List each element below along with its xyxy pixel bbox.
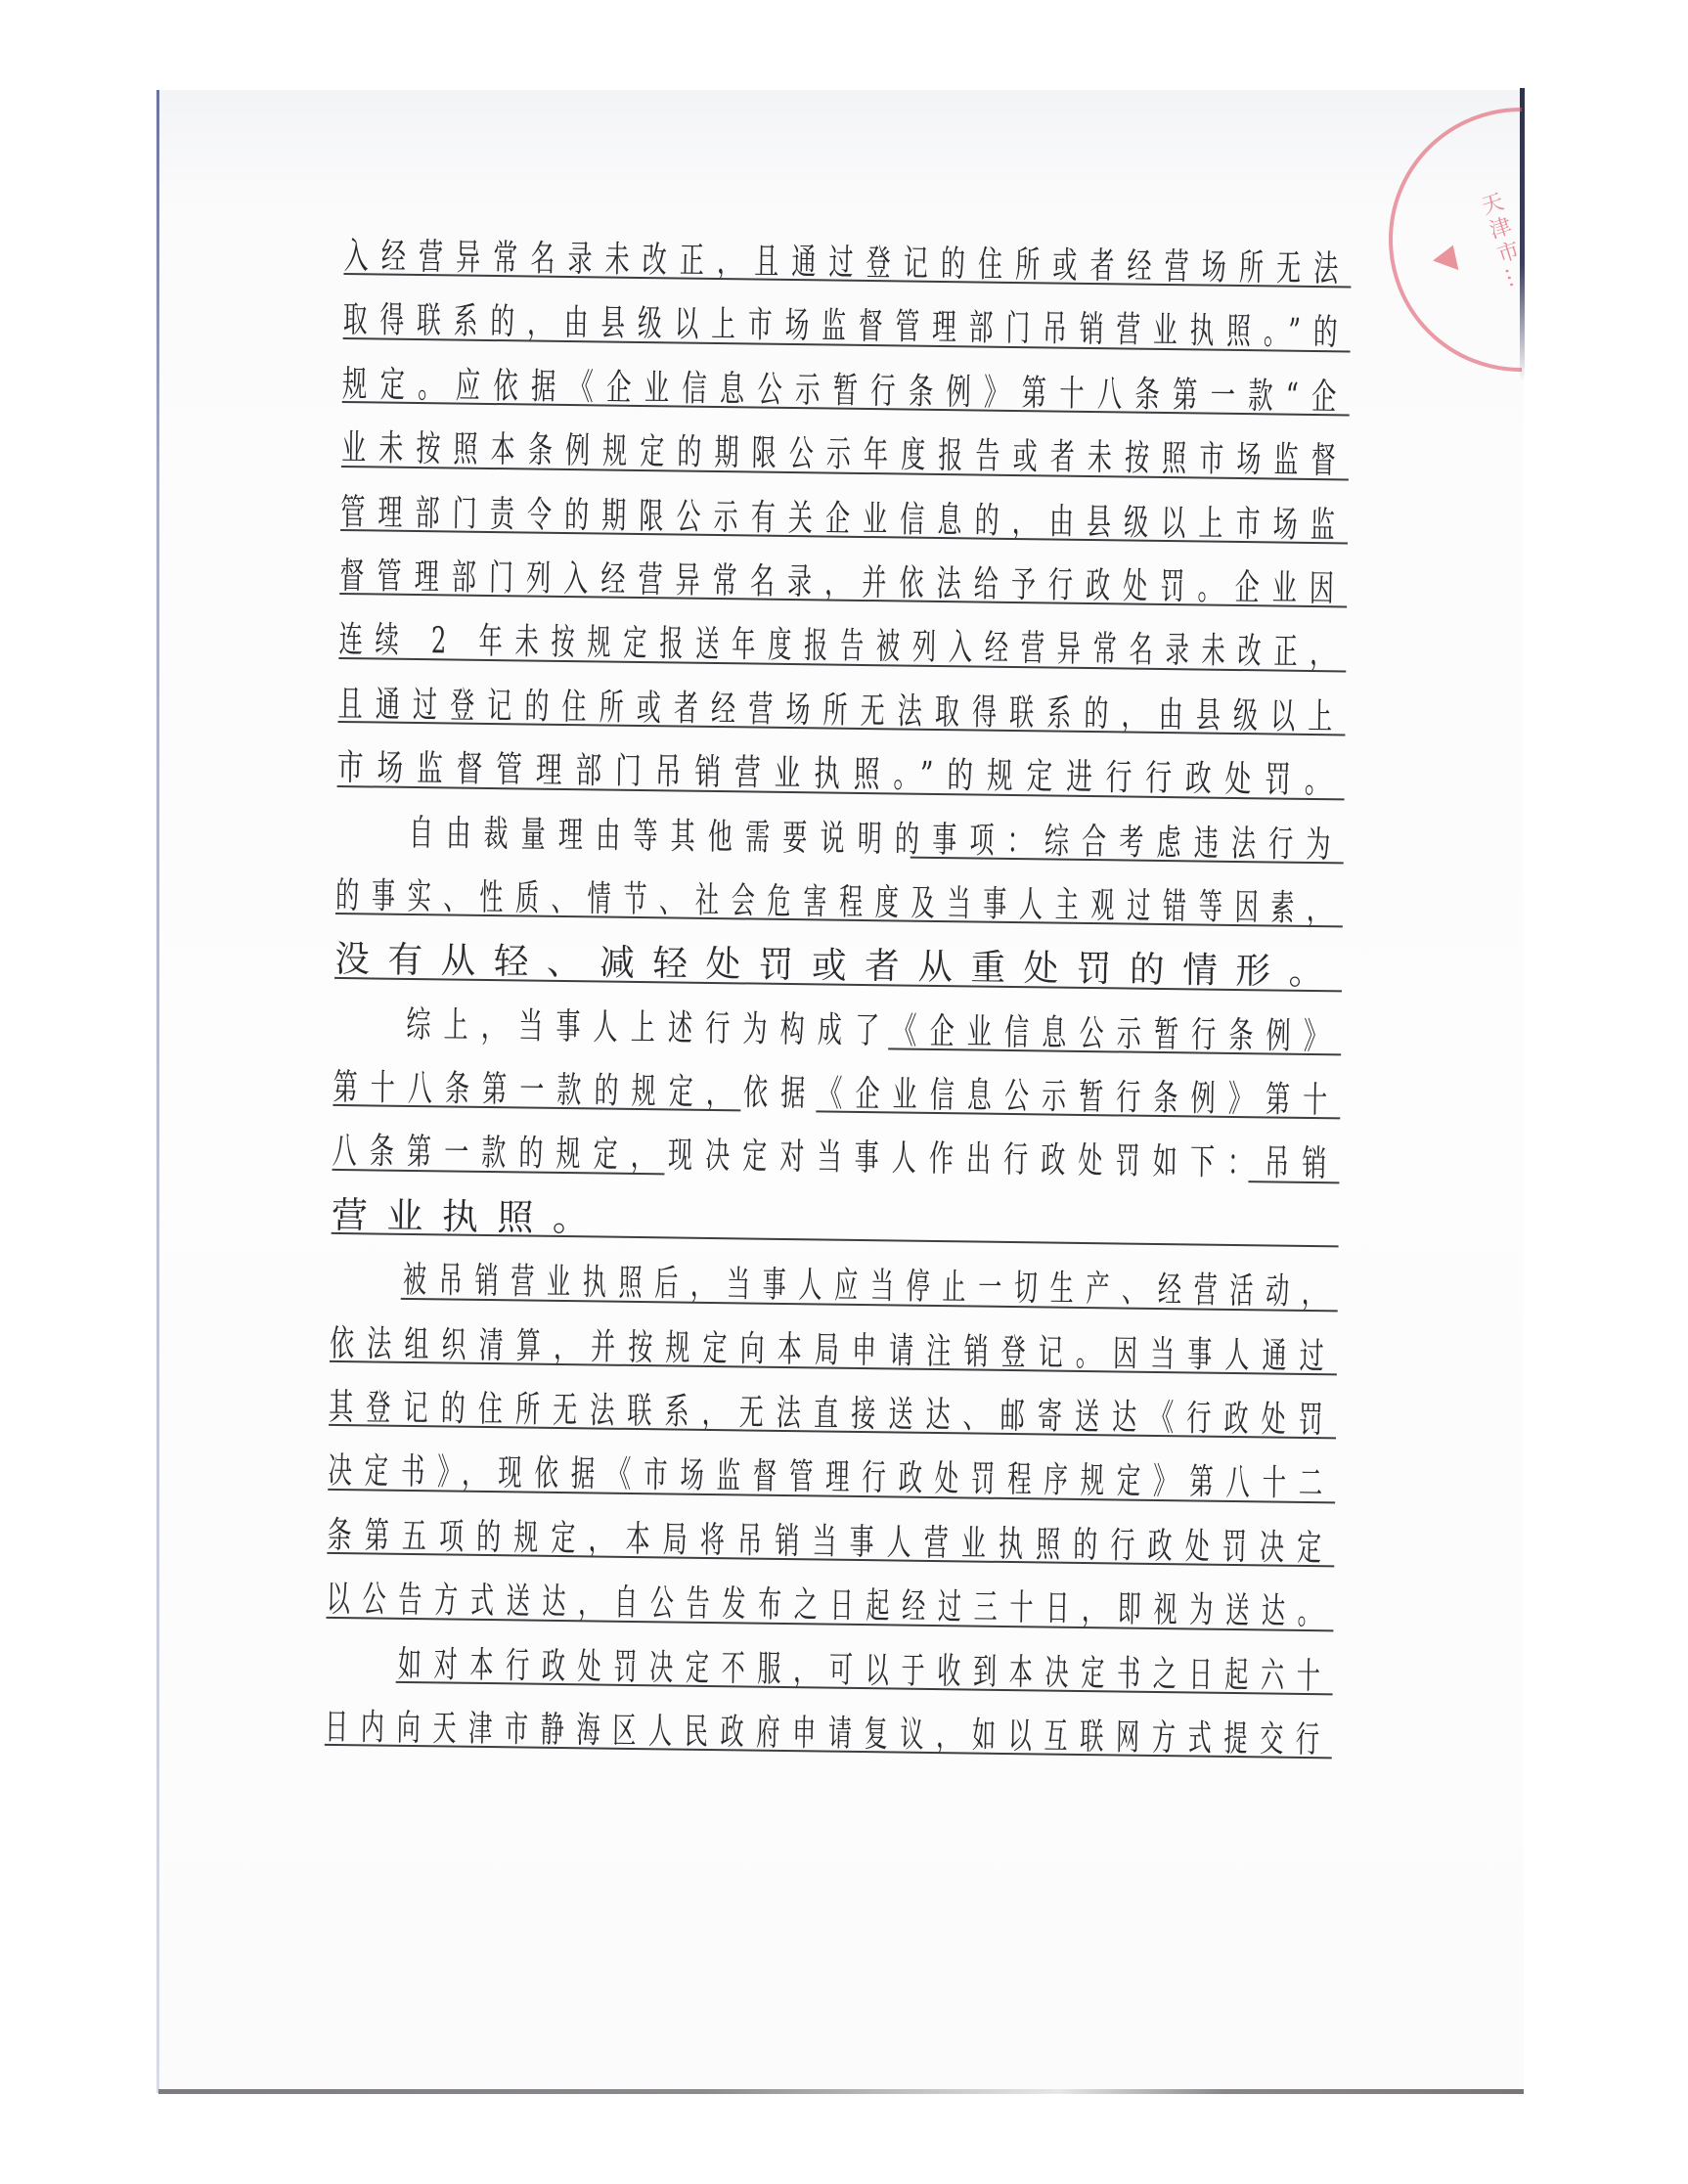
page-edge-bottom (158, 2089, 1524, 2094)
underline (332, 1232, 1339, 1247)
document-line: 日内向天津市静海区人民政府申请复议，如以互联网方式提交行 (324, 1708, 1332, 1785)
page-edge-left (156, 90, 159, 2093)
document-line-text: 综上，当事人上述行为构成了《企业信息公示暂行条例》 (406, 1005, 1341, 1057)
document-line-text: 自由裁量理由等其他需要说明的事项：综合考虑违法行为 (409, 813, 1344, 865)
document-body: 入经营异常名录未改正，且通过登记的住所或者经营场所无法取得联系的，由县级以上市场… (324, 237, 1351, 1785)
official-seal-stamp: 天津市… (1369, 88, 1522, 401)
